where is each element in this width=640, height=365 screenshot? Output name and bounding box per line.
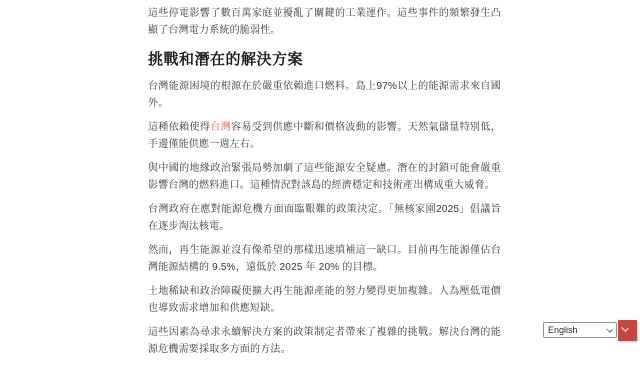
taiwan-link[interactable]: 台灣: [210, 122, 231, 133]
language-widget: English: [543, 320, 637, 341]
paragraph-intro: 這些停電影響了數百萬家庭並擾亂了關鍵的工業運作。這些事件的頻繁發生凸顯了台灣電力…: [148, 5, 501, 39]
language-go-button[interactable]: [618, 320, 637, 341]
language-select[interactable]: English: [543, 322, 617, 338]
paragraph-conclusion: 這些因素為尋求永續解決方案的政策制定者帶來了複雜的挑戰。解決台灣的能源危機需要採…: [148, 324, 501, 344]
paragraph-energy-roots: 台灣能源困境的根源在於嚴重依賴進口燃料。島上97%以上的能源需求來自國外。: [148, 78, 501, 112]
paragraph-dependence: 這種依賴使得台灣容易受到供應中斷和價格波動的影響。天然氣儲量特別低，手邊僅能供應…: [148, 119, 501, 153]
article-content: 這些停電影響了數百萬家庭並擾亂了關鍵的工業運作。這些事件的頻繁發生凸顯了台灣電力…: [148, 5, 501, 344]
paragraph-policy: 台灣政府在應對能源危機方面面臨艱難的政策決定。「無核家園2025」倡議旨在逐步淘…: [148, 201, 501, 235]
paragraph-renewables: 然而，再生能源並沒有像希望的那樣迅速填補這一缺口。目前再生能源僅佔台灣能源結構的…: [148, 242, 501, 276]
chevron-down-icon: [606, 326, 612, 332]
section-heading: 挑戰和潛在的解決方案: [148, 51, 501, 68]
paragraph-land-scarcity: 土地稀缺和政治障礙使擴大再生能源產能的努力變得更加複雜。人為壓低電價也導致需求增…: [148, 283, 501, 317]
paragraph-geopolitics: 與中國的地緣政治緊張局勢加劇了這些能源安全疑慮。潛在的封鎖可能會嚴重影響台灣的燃…: [148, 160, 501, 194]
paragraph-text: 這種依賴使得: [148, 122, 210, 133]
chevron-down-icon: [621, 324, 629, 332]
language-select-value: English: [548, 325, 578, 335]
